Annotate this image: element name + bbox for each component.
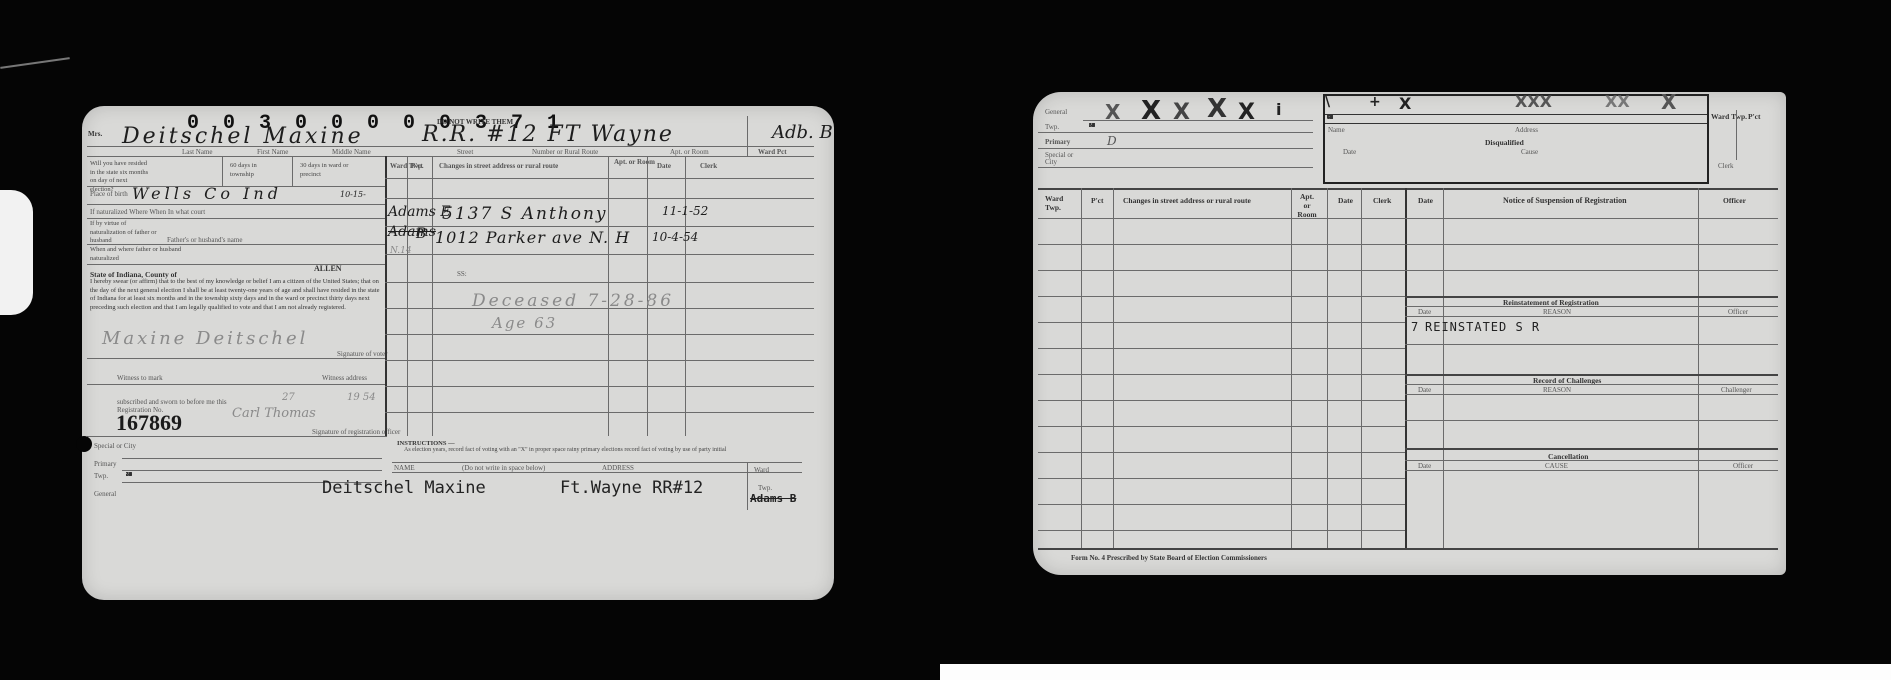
back-changes-h4: Date — [1338, 196, 1353, 205]
label-ss: SS: — [457, 270, 467, 278]
oath-text: I hereby swear (or affirm) that to the b… — [90, 278, 380, 312]
label-signature-officer: Signature of registration officer — [312, 428, 400, 436]
back-changes-h0: Ward Twp. — [1045, 194, 1065, 212]
registration-number: 167869 — [116, 410, 182, 436]
label-witness-address: Witness address — [322, 374, 367, 382]
vote-mark: X — [1105, 100, 1120, 124]
label-number-route: Number or Rural Route — [532, 148, 598, 156]
label-30-days: 30 days in ward or precinct — [300, 162, 355, 179]
label-apt-or-room: Apt. or Room — [614, 158, 655, 166]
vote-mark: X — [1141, 96, 1161, 126]
disq-date: Date — [1343, 148, 1356, 156]
disq-title: Disqualified — [1485, 138, 1524, 147]
address-change-2-date: 10-4-54 — [652, 230, 698, 244]
vote-mark: X — [1399, 94, 1411, 113]
vote-mark: X — [1661, 90, 1676, 114]
label-twp: Twp. — [758, 484, 772, 492]
label-pct: P'ct — [411, 162, 423, 170]
ward-twp-note: N.14 — [390, 246, 412, 256]
disqualified-box: 6061626364656667686970717273747576777879… — [1323, 94, 1709, 184]
challenges-h2: Challenger — [1721, 386, 1752, 394]
vote-mark: X — [1173, 100, 1190, 125]
title-prefix: Mrs. — [88, 130, 102, 138]
label-twp-years: Twp. — [94, 472, 108, 480]
punch-hole — [76, 436, 92, 452]
challenges-h0: Date — [1418, 386, 1431, 394]
birthplace-handwritten: Wells Co Ind — [132, 184, 282, 203]
back-label-primary: Primary — [1045, 138, 1070, 146]
label-middle-name: Middle Name — [332, 148, 371, 156]
back-pct: P'ct — [1748, 112, 1761, 121]
voter-signature: Maxine Deitschel — [102, 328, 308, 349]
vote-mark: X — [1238, 100, 1255, 125]
typed-name: Deitschel Maxine — [322, 478, 486, 498]
label-witness-mark: Witness to mark — [117, 374, 163, 382]
disq-address: Address — [1515, 126, 1538, 134]
label-signature-voter: Signature of voter — [337, 350, 388, 358]
typed-ward: Adams B — [750, 492, 796, 505]
vote-mark: XXX — [1515, 92, 1552, 111]
label-general: General — [94, 490, 116, 498]
disq-name: Name — [1328, 126, 1345, 134]
typed-address: Ft.Wayne RR#12 — [560, 478, 703, 498]
county-name: ALLEN — [314, 264, 342, 273]
cancellation-h0: Date — [1418, 462, 1431, 470]
sworn-day: 27 — [282, 392, 295, 403]
registration-card-back: General Twp. Primary Special or City 474… — [1033, 92, 1786, 575]
label-do-not-write: (Do not write in space below) — [462, 464, 545, 472]
label-place-of-birth: Place of birth — [90, 190, 128, 198]
vote-mark: i — [1276, 100, 1281, 119]
scan-white-strip — [940, 664, 1891, 680]
label-address-col: ADDRESS — [602, 464, 634, 472]
label-primary: Primary — [94, 460, 117, 468]
address-change-2: 1012 Parker ave N. H — [435, 228, 630, 247]
birthdate-handwritten: 10-15- — [340, 190, 366, 199]
reinstatement-reason: REINSTATED S R — [1425, 320, 1540, 334]
scan-artifact-line — [0, 57, 70, 69]
vote-mark: + — [1369, 94, 1381, 110]
pct-handwritten: B — [416, 226, 426, 242]
scan-artifact-blob — [0, 190, 33, 315]
ward-twp-struck: Adams — [388, 224, 436, 240]
reinstatement-date: 7 — [1411, 320, 1418, 334]
address-handwritten: R.R. #12 FT Wayne — [422, 122, 674, 147]
registration-card-front: 0 0 3 0 0 0 0 0 3 7 1 DO NOT WRITE THEM … — [82, 106, 834, 600]
label-ward-pct: Ward Pct — [758, 148, 787, 156]
officer-signature: Carl Thomas — [232, 406, 316, 421]
back-changes-h3: Apt. or Room — [1297, 192, 1317, 219]
label-apt-room: Apt. or Room — [670, 148, 709, 156]
ward-pct-handwritten: Adb. B — [772, 122, 833, 143]
label-last-name: Last Name — [182, 148, 213, 156]
label-naturalized: If naturalized Where When In what court — [90, 208, 205, 216]
back-changes-h2: Changes in street address or rural route — [1123, 196, 1251, 205]
suspension-h1: Notice of Suspension of Registration — [1503, 196, 1627, 205]
instructions-title: INSTRUCTIONS — — [397, 440, 455, 447]
vote-mark: XX — [1605, 92, 1630, 111]
label-date: Date — [657, 162, 671, 170]
label-street: Street — [457, 148, 473, 156]
back-label-general: General — [1045, 108, 1067, 116]
primary-mark: D — [1107, 134, 1117, 148]
back-changes-h5: Clerk — [1373, 196, 1391, 205]
back-clerk: Clerk — [1718, 162, 1734, 170]
back-ward-twp: Ward Twp. — [1711, 112, 1747, 121]
instructions-text: As election years, record fact of voting… — [404, 447, 784, 454]
label-clerk: Clerk — [700, 162, 717, 170]
reinstatement-h0: Date — [1418, 308, 1431, 316]
age-note: Age 63 — [492, 314, 557, 332]
label-subscribed: subscribed and sworn to before me this — [117, 398, 227, 406]
label-changes-address: Changes in street address or rural route — [439, 162, 558, 170]
vote-mark: \ — [1325, 94, 1330, 110]
suspension-h0: Date — [1418, 196, 1433, 205]
back-changes-h1: P'ct — [1091, 196, 1104, 205]
form-footer: Form No. 4 Prescribed by State Board of … — [1071, 554, 1267, 562]
label-first-name: First Name — [257, 148, 288, 156]
vote-mark: X — [1207, 94, 1227, 124]
cancellation-h1: CAUSE — [1545, 462, 1568, 470]
suspension-h2: Officer — [1723, 196, 1746, 205]
label-60-days: 60 days in township — [230, 162, 280, 179]
label-name-col: NAME — [394, 464, 415, 472]
label-fathers-name: Father's or husband's name — [167, 236, 242, 244]
reinstatement-h1: REASON — [1543, 308, 1571, 316]
back-label-twp: Twp. — [1045, 123, 1059, 131]
back-label-special: Special or City — [1045, 152, 1075, 166]
label-when-where: When and where father or husband natural… — [90, 246, 185, 263]
label-special-city: Special or City — [94, 442, 136, 450]
reinstatement-h2: Officer — [1728, 308, 1748, 316]
challenges-h1: REASON — [1543, 386, 1571, 394]
cancellation-h2: Officer — [1733, 462, 1753, 470]
deceased-note: Deceased 7-28-86 — [472, 291, 674, 311]
sworn-year: 19 54 — [347, 392, 376, 403]
disq-cause: Cause — [1521, 148, 1538, 156]
address-change-1-date: 11-1-52 — [662, 204, 708, 218]
address-change-1: 5137 S Anthony — [442, 204, 608, 224]
label-by-virtue: If by virtue of naturalization of father… — [90, 220, 160, 246]
